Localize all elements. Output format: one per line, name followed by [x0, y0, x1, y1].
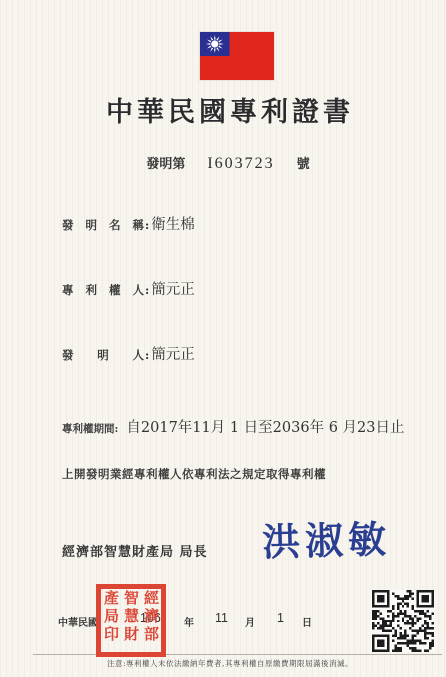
field-value: 簡元正 [151, 347, 195, 363]
legal-statement: 上開發明業經專利權人依專利法之規定取得專利權 [62, 466, 326, 482]
official-seal: 經濟部智慧財產局印 [96, 584, 166, 657]
patent-number-prefix: 發明第 [146, 153, 185, 172]
field-value: 簡元正 [151, 282, 195, 298]
patent-number-row: 發明第 I603723 號 [0, 153, 446, 173]
director-signature: 洪淑敏 [261, 508, 391, 566]
patent-certificate-page: 中華民國專利證書 發明第 I603723 號 發明名稱:衛生棉 專利權人:簡元正… [0, 0, 446, 677]
divider [33, 654, 442, 655]
field-row-patentee: 專利權人:簡元正 [62, 278, 195, 299]
certificate-title: 中華民國專利證書 [0, 90, 446, 129]
footnote: 注意:專利權人未依法繳納年費者,其專利權自原繳費期限屆滿後消滅。 [0, 658, 446, 669]
official-seal-text: 經濟部智慧財產局印 [101, 590, 161, 650]
date-day: 1 [277, 611, 284, 625]
patent-term-value: 自2017年11月 1 日至2036年 6 月23日止 [126, 420, 404, 436]
taiwan-flag-icon [200, 32, 274, 80]
issuer-title: 經濟部智慧財產局 局長 [62, 541, 208, 560]
field-value: 衛生棉 [151, 217, 195, 233]
field-colon: : [145, 348, 149, 362]
field-row-inventor: 發明人:簡元正 [62, 343, 195, 364]
date-month-unit: 月 [245, 614, 255, 629]
field-label: 發明人 [62, 347, 144, 363]
patent-number-suffix: 號 [297, 153, 310, 172]
patent-number: I603723 [207, 155, 274, 173]
date-era: 中華民國 [58, 614, 98, 629]
qr-code [371, 590, 435, 652]
field-colon: : [145, 283, 149, 297]
date-day-unit: 日 [302, 614, 312, 629]
field-label: 發明名稱 [62, 217, 144, 233]
date-year-unit: 年 [184, 614, 194, 629]
field-label: 專利權人 [62, 282, 144, 298]
date-month: 11 [215, 611, 228, 625]
field-row-invention-name: 發明名稱:衛生棉 [62, 213, 195, 234]
field-colon: : [145, 218, 149, 232]
patent-term-label: 專利權期間: [62, 423, 118, 435]
patent-term-row: 專利權期間:自2017年11月 1 日至2036年 6 月23日止 [62, 416, 404, 437]
